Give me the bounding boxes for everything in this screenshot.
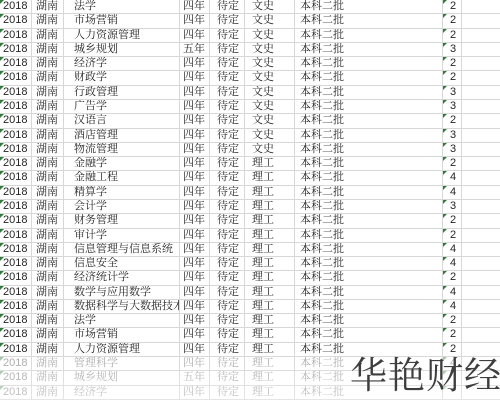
table-row: 2018 湖南 市场营销 四年 待定 理工 本科二批 2 bbox=[0, 328, 500, 342]
cell-category[interactable]: 理工 bbox=[245, 328, 295, 341]
cell-duration[interactable]: 四年 bbox=[180, 300, 210, 313]
cell-count[interactable]: 4 bbox=[443, 171, 462, 184]
cell-year[interactable]: 2018 bbox=[0, 257, 32, 270]
cell-count[interactable]: 3 bbox=[443, 43, 462, 56]
cell-duration[interactable]: 四年 bbox=[180, 229, 210, 242]
cell-count[interactable]: 2 bbox=[443, 214, 462, 227]
error-indicator-triangle-icon bbox=[0, 14, 4, 18]
cell-duration[interactable]: 四年 bbox=[180, 129, 210, 142]
cell-province[interactable]: 湖南 bbox=[32, 71, 64, 84]
cell-category[interactable]: 理工 bbox=[245, 214, 295, 227]
cell-major[interactable]: 财政学 bbox=[64, 71, 180, 84]
table-row: 2018 湖南 数据科学与大数据技术 四年 待定 理工 本科二批 4 bbox=[0, 300, 500, 314]
cell-category[interactable]: 文史 bbox=[245, 86, 295, 99]
error-indicator-triangle-icon bbox=[0, 271, 4, 275]
cell-filler[interactable] bbox=[462, 271, 500, 284]
cell-duration[interactable]: 四年 bbox=[180, 214, 210, 227]
cell-status[interactable]: 待定 bbox=[210, 43, 245, 56]
cell-category[interactable]: 文史 bbox=[245, 43, 295, 56]
table-row: 2018 湖南 物流管理 四年 待定 文史 本科二批 3 bbox=[0, 143, 500, 157]
cell-status[interactable]: 待定 bbox=[210, 14, 245, 27]
cell-major[interactable]: 财务管理 bbox=[64, 214, 180, 227]
cell-year[interactable]: 2018 bbox=[0, 229, 32, 242]
cell-filler[interactable] bbox=[462, 71, 500, 84]
error-indicator-triangle-icon bbox=[443, 200, 447, 204]
cell-duration[interactable]: 四年 bbox=[180, 314, 210, 327]
table-row: 2018 湖南 财政学 四年 待定 文史 本科二批 2 bbox=[0, 71, 500, 85]
cell-batch[interactable]: 本科二批 bbox=[295, 29, 443, 42]
error-indicator-triangle-icon bbox=[0, 71, 4, 75]
cell-year[interactable]: 2018 bbox=[0, 343, 32, 356]
cell-category[interactable]: 文史 bbox=[245, 57, 295, 70]
error-indicator-triangle-icon bbox=[443, 86, 447, 90]
cell-batch[interactable]: 本科二批 bbox=[295, 100, 443, 113]
cell-status[interactable]: 待定 bbox=[210, 271, 245, 284]
cell-status[interactable]: 待定 bbox=[210, 257, 245, 270]
cell-batch[interactable]: 本科二批 bbox=[295, 171, 443, 184]
cell-duration[interactable]: 四年 bbox=[180, 257, 210, 270]
cell-major[interactable]: 管理科学 bbox=[64, 357, 180, 370]
cell-status[interactable]: 待定 bbox=[210, 100, 245, 113]
table-row: 2018 湖南 信息管理与信息系统 四年 待定 理工 本科二批 4 bbox=[0, 243, 500, 257]
cell-category[interactable]: 理工 bbox=[245, 371, 295, 384]
cell-major[interactable]: 物流管理 bbox=[64, 143, 180, 156]
cell-batch[interactable]: 本科二批 bbox=[295, 114, 443, 127]
error-indicator-triangle-icon bbox=[443, 300, 447, 304]
error-indicator-triangle-icon bbox=[443, 14, 447, 18]
cell-duration[interactable]: 四年 bbox=[180, 86, 210, 99]
cell-duration[interactable]: 四年 bbox=[180, 286, 210, 299]
cell-status[interactable]: 待定 bbox=[210, 200, 245, 213]
cell-batch[interactable]: 本科二批 bbox=[295, 271, 443, 284]
error-indicator-triangle-icon bbox=[443, 114, 447, 118]
cell-status[interactable]: 待定 bbox=[210, 328, 245, 341]
cell-filler[interactable] bbox=[462, 214, 500, 227]
cell-filler[interactable] bbox=[462, 257, 500, 270]
cell-duration[interactable]: 四年 bbox=[180, 100, 210, 113]
cell-year[interactable]: 2018 bbox=[0, 71, 32, 84]
cell-filler[interactable] bbox=[462, 300, 500, 313]
cell-status[interactable]: 待定 bbox=[210, 243, 245, 256]
cell-category[interactable]: 文史 bbox=[245, 143, 295, 156]
cell-year[interactable]: 2018 bbox=[0, 0, 32, 13]
cell-filler[interactable] bbox=[462, 328, 500, 341]
error-indicator-triangle-icon bbox=[443, 0, 447, 4]
cell-status[interactable]: 待定 bbox=[210, 214, 245, 227]
error-indicator-triangle-icon bbox=[443, 328, 447, 332]
cell-status[interactable]: 待定 bbox=[210, 114, 245, 127]
cell-count[interactable]: 2 bbox=[443, 157, 462, 170]
error-indicator-triangle-icon bbox=[0, 143, 4, 147]
cell-status[interactable]: 待定 bbox=[210, 357, 245, 370]
cell-filler[interactable] bbox=[462, 243, 500, 256]
cell-count[interactable]: 3 bbox=[443, 100, 462, 113]
cell-category[interactable]: 理工 bbox=[245, 271, 295, 284]
error-indicator-triangle-icon bbox=[0, 300, 4, 304]
cell-year[interactable]: 2018 bbox=[0, 171, 32, 184]
cell-category[interactable]: 理工 bbox=[245, 171, 295, 184]
cell-year[interactable]: 2018 bbox=[0, 186, 32, 199]
cell-count[interactable]: 2 bbox=[443, 14, 462, 27]
cell-batch[interactable]: 本科二批 bbox=[295, 129, 443, 142]
cell-batch[interactable]: 本科二批 bbox=[295, 257, 443, 270]
cell-duration[interactable]: 四年 bbox=[180, 386, 210, 399]
cell-major[interactable]: 城乡规划 bbox=[64, 43, 180, 56]
cell-batch[interactable]: 本科二批 bbox=[295, 86, 443, 99]
cell-year[interactable]: 2018 bbox=[0, 14, 32, 27]
cell-filler[interactable] bbox=[462, 186, 500, 199]
cell-province[interactable]: 湖南 bbox=[32, 57, 64, 70]
cell-category[interactable]: 理工 bbox=[245, 286, 295, 299]
cell-duration[interactable]: 四年 bbox=[180, 357, 210, 370]
error-indicator-triangle-icon bbox=[443, 271, 447, 275]
error-indicator-triangle-icon bbox=[0, 0, 4, 4]
spreadsheet: 2018 湖南 法学 四年 待定 文史 本科二批 2 2018 湖南 市场营销 … bbox=[0, 0, 500, 400]
table-row: 2018 湖南 城乡规划 五年 待定 文史 本科二批 3 bbox=[0, 43, 500, 57]
table-row: 2018 湖南 数学与应用数学 四年 待定 理工 本科二批 4 bbox=[0, 286, 500, 300]
cell-batch[interactable]: 本科二批 bbox=[295, 328, 443, 341]
cell-province[interactable]: 湖南 bbox=[32, 43, 64, 56]
cell-category[interactable]: 理工 bbox=[245, 357, 295, 370]
cell-duration[interactable]: 四年 bbox=[180, 143, 210, 156]
cell-filler[interactable] bbox=[462, 14, 500, 27]
cell-duration[interactable]: 四年 bbox=[180, 171, 210, 184]
cell-major[interactable]: 人力资源管理 bbox=[64, 29, 180, 42]
cell-status[interactable]: 待定 bbox=[210, 343, 245, 356]
cell-count[interactable]: 2 bbox=[443, 271, 462, 284]
cell-status[interactable]: 待定 bbox=[210, 386, 245, 399]
cell-category[interactable]: 理工 bbox=[245, 386, 295, 399]
table-row: 2018 湖南 信息安全 四年 待定 理工 本科二批 4 bbox=[0, 257, 500, 271]
cell-duration[interactable]: 四年 bbox=[180, 57, 210, 70]
error-indicator-triangle-icon bbox=[443, 57, 447, 61]
error-indicator-triangle-icon bbox=[443, 43, 447, 47]
cell-major[interactable]: 数据科学与大数据技术 bbox=[64, 300, 180, 313]
cell-major[interactable]: 法学 bbox=[64, 314, 180, 327]
cell-province[interactable]: 湖南 bbox=[32, 386, 64, 399]
cell-batch[interactable]: 本科二批 bbox=[295, 300, 443, 313]
cell-status[interactable]: 待定 bbox=[210, 286, 245, 299]
cell-status[interactable]: 待定 bbox=[210, 171, 245, 184]
cell-province[interactable]: 湖南 bbox=[32, 143, 64, 156]
cell-count[interactable]: 3 bbox=[443, 129, 462, 142]
cell-major[interactable]: 广告学 bbox=[64, 100, 180, 113]
error-indicator-triangle-icon bbox=[0, 257, 4, 261]
cell-year[interactable]: 2018 bbox=[0, 314, 32, 327]
cell-batch[interactable]: 本科二批 bbox=[295, 43, 443, 56]
cell-filler[interactable] bbox=[462, 0, 500, 13]
cell-category[interactable]: 理工 bbox=[245, 229, 295, 242]
cell-year[interactable]: 2018 bbox=[0, 286, 32, 299]
error-indicator-triangle-icon bbox=[0, 229, 4, 233]
cell-major[interactable]: 精算学 bbox=[64, 186, 180, 199]
cell-filler[interactable] bbox=[462, 314, 500, 327]
cell-major[interactable]: 会计学 bbox=[64, 200, 180, 213]
error-indicator-triangle-icon bbox=[0, 157, 4, 161]
cell-major[interactable]: 人力资源管理 bbox=[64, 343, 180, 356]
cell-filler[interactable] bbox=[462, 143, 500, 156]
cell-major[interactable]: 汉语言 bbox=[64, 114, 180, 127]
cell-year[interactable]: 2018 bbox=[0, 157, 32, 170]
error-indicator-triangle-icon bbox=[0, 286, 4, 290]
cell-batch[interactable]: 本科二批 bbox=[295, 157, 443, 170]
cell-year[interactable]: 2018 bbox=[0, 328, 32, 341]
cell-major[interactable]: 经济统计学 bbox=[64, 271, 180, 284]
cell-duration[interactable]: 四年 bbox=[180, 29, 210, 42]
cell-batch[interactable]: 本科二批 bbox=[295, 71, 443, 84]
cell-status[interactable]: 待定 bbox=[210, 0, 245, 13]
cell-status[interactable]: 待定 bbox=[210, 71, 245, 84]
cell-filler[interactable] bbox=[462, 100, 500, 113]
cell-duration[interactable]: 四年 bbox=[180, 271, 210, 284]
error-indicator-triangle-icon bbox=[443, 229, 447, 233]
cell-major[interactable]: 经济学 bbox=[64, 386, 180, 399]
cell-status[interactable]: 待定 bbox=[210, 157, 245, 170]
cell-year[interactable]: 2018 bbox=[0, 143, 32, 156]
cell-filler[interactable] bbox=[462, 200, 500, 213]
cell-province[interactable]: 湖南 bbox=[32, 0, 64, 13]
cell-count[interactable]: 4 bbox=[443, 286, 462, 299]
cell-filler[interactable] bbox=[462, 114, 500, 127]
cell-major[interactable]: 行政管理 bbox=[64, 86, 180, 99]
error-indicator-triangle-icon bbox=[443, 29, 447, 33]
cell-province[interactable]: 湖南 bbox=[32, 286, 64, 299]
error-indicator-triangle-icon bbox=[0, 114, 4, 118]
error-indicator-triangle-icon bbox=[0, 129, 4, 133]
cell-category[interactable]: 理工 bbox=[245, 314, 295, 327]
cell-status[interactable]: 待定 bbox=[210, 314, 245, 327]
cell-category[interactable]: 文史 bbox=[245, 71, 295, 84]
cell-year[interactable]: 2018 bbox=[0, 29, 32, 42]
cell-major[interactable]: 金融工程 bbox=[64, 171, 180, 184]
cell-duration[interactable]: 四年 bbox=[180, 71, 210, 84]
error-indicator-triangle-icon bbox=[443, 71, 447, 75]
cell-filler[interactable] bbox=[462, 43, 500, 56]
cell-category[interactable]: 文史 bbox=[245, 0, 295, 13]
cell-category[interactable]: 文史 bbox=[245, 29, 295, 42]
cell-province[interactable]: 湖南 bbox=[32, 357, 64, 370]
cell-status[interactable]: 待定 bbox=[210, 143, 245, 156]
cell-filler[interactable] bbox=[462, 129, 500, 142]
cell-category[interactable]: 理工 bbox=[245, 257, 295, 270]
cell-duration[interactable]: 五年 bbox=[180, 371, 210, 384]
cell-province[interactable]: 湖南 bbox=[32, 300, 64, 313]
table-row: 2018 湖南 经济统计学 四年 待定 理工 本科二批 2 bbox=[0, 271, 500, 285]
cell-category[interactable]: 理工 bbox=[245, 200, 295, 213]
cell-year[interactable]: 2018 bbox=[0, 100, 32, 113]
error-indicator-triangle-icon bbox=[443, 314, 447, 318]
table-row: 2018 湖南 人力资源管理 四年 待定 文史 本科二批 2 bbox=[0, 29, 500, 43]
cell-count[interactable]: 2 bbox=[443, 71, 462, 84]
cell-province[interactable]: 湖南 bbox=[32, 214, 64, 227]
cell-major[interactable]: 审计学 bbox=[64, 229, 180, 242]
cell-filler[interactable] bbox=[462, 29, 500, 42]
error-indicator-triangle-icon bbox=[443, 157, 447, 161]
cell-category[interactable]: 文史 bbox=[245, 129, 295, 142]
cell-year[interactable]: 2018 bbox=[0, 271, 32, 284]
cell-province[interactable]: 湖南 bbox=[32, 171, 64, 184]
cell-count[interactable]: 4 bbox=[443, 243, 462, 256]
cell-count[interactable]: 4 bbox=[443, 186, 462, 199]
cell-duration[interactable]: 四年 bbox=[180, 343, 210, 356]
cell-category[interactable]: 理工 bbox=[245, 157, 295, 170]
error-indicator-triangle-icon bbox=[0, 357, 4, 361]
error-indicator-triangle-icon bbox=[0, 29, 4, 33]
error-indicator-triangle-icon bbox=[443, 286, 447, 290]
cell-filler[interactable] bbox=[462, 286, 500, 299]
cell-count[interactable]: 4 bbox=[443, 300, 462, 313]
cell-batch[interactable]: 本科二批 bbox=[295, 314, 443, 327]
cell-duration[interactable]: 五年 bbox=[180, 43, 210, 56]
error-indicator-triangle-icon bbox=[443, 100, 447, 104]
cell-batch[interactable]: 本科二批 bbox=[295, 214, 443, 227]
cell-year[interactable]: 2018 bbox=[0, 243, 32, 256]
cell-year[interactable]: 2018 bbox=[0, 214, 32, 227]
cell-province[interactable]: 湖南 bbox=[32, 157, 64, 170]
cell-batch[interactable]: 本科二批 bbox=[295, 0, 443, 13]
table-row: 2018 湖南 金融学 四年 待定 理工 本科二批 2 bbox=[0, 157, 500, 171]
cell-filler[interactable] bbox=[462, 157, 500, 170]
cell-count[interactable]: 3 bbox=[443, 86, 462, 99]
error-indicator-triangle-icon bbox=[0, 57, 4, 61]
cell-province[interactable]: 湖南 bbox=[32, 200, 64, 213]
cell-count[interactable]: 2 bbox=[443, 29, 462, 42]
cell-duration[interactable]: 四年 bbox=[180, 243, 210, 256]
cell-year[interactable]: 2018 bbox=[0, 114, 32, 127]
cell-count[interactable]: 2 bbox=[443, 328, 462, 341]
error-indicator-triangle-icon bbox=[0, 200, 4, 204]
cell-count[interactable]: 2 bbox=[443, 114, 462, 127]
cell-duration[interactable]: 四年 bbox=[180, 186, 210, 199]
cell-status[interactable]: 待定 bbox=[210, 86, 245, 99]
cell-major[interactable]: 市场营销 bbox=[64, 14, 180, 27]
cell-province[interactable]: 湖南 bbox=[32, 14, 64, 27]
cell-filler[interactable] bbox=[462, 57, 500, 70]
cell-category[interactable]: 理工 bbox=[245, 300, 295, 313]
cell-province[interactable]: 湖南 bbox=[32, 328, 64, 341]
cell-status[interactable]: 待定 bbox=[210, 29, 245, 42]
cell-filler[interactable] bbox=[462, 86, 500, 99]
error-indicator-triangle-icon bbox=[443, 257, 447, 261]
cell-year[interactable]: 2018 bbox=[0, 300, 32, 313]
cell-province[interactable]: 湖南 bbox=[32, 371, 64, 384]
cell-count[interactable]: 3 bbox=[443, 143, 462, 156]
error-indicator-triangle-icon bbox=[0, 100, 4, 104]
table-row: 2018 湖南 金融工程 四年 待定 理工 本科二批 4 bbox=[0, 171, 500, 185]
cell-major[interactable]: 金融学 bbox=[64, 157, 180, 170]
cell-category[interactable]: 文史 bbox=[245, 100, 295, 113]
cell-province[interactable]: 湖南 bbox=[32, 86, 64, 99]
table-row: 2018 湖南 财务管理 四年 待定 理工 本科二批 2 bbox=[0, 214, 500, 228]
cell-year[interactable]: 2018 bbox=[0, 386, 32, 399]
table-row: 2018 湖南 法学 四年 待定 理工 本科二批 2 bbox=[0, 314, 500, 328]
table-body: 2018 湖南 法学 四年 待定 文史 本科二批 2 2018 湖南 市场营销 … bbox=[0, 0, 500, 400]
cell-province[interactable]: 湖南 bbox=[32, 29, 64, 42]
cell-duration[interactable]: 四年 bbox=[180, 0, 210, 13]
cell-count[interactable]: 2 bbox=[443, 57, 462, 70]
cell-batch[interactable]: 本科二批 bbox=[295, 229, 443, 242]
error-indicator-triangle-icon bbox=[443, 243, 447, 247]
cell-year[interactable]: 2018 bbox=[0, 129, 32, 142]
cell-batch[interactable]: 本科二批 bbox=[295, 143, 443, 156]
cell-batch[interactable]: 本科二批 bbox=[295, 243, 443, 256]
cell-count[interactable]: 3 bbox=[443, 200, 462, 213]
error-indicator-triangle-icon bbox=[0, 186, 4, 190]
cell-major[interactable]: 信息安全 bbox=[64, 257, 180, 270]
cell-batch[interactable]: 本科二批 bbox=[295, 57, 443, 70]
cell-count[interactable]: 4 bbox=[443, 257, 462, 270]
cell-province[interactable]: 湖南 bbox=[32, 129, 64, 142]
cell-province[interactable]: 湖南 bbox=[32, 257, 64, 270]
cell-status[interactable]: 待定 bbox=[210, 186, 245, 199]
cell-major[interactable]: 数学与应用数学 bbox=[64, 286, 180, 299]
cell-major[interactable]: 市场营销 bbox=[64, 328, 180, 341]
cell-filler[interactable] bbox=[462, 229, 500, 242]
cell-status[interactable]: 待定 bbox=[210, 129, 245, 142]
cell-duration[interactable]: 四年 bbox=[180, 114, 210, 127]
cell-category[interactable]: 理工 bbox=[245, 243, 295, 256]
cell-status[interactable]: 待定 bbox=[210, 300, 245, 313]
cell-count[interactable]: 2 bbox=[443, 0, 462, 13]
cell-year[interactable]: 2018 bbox=[0, 43, 32, 56]
cell-batch[interactable]: 本科二批 bbox=[295, 14, 443, 27]
cell-year[interactable]: 2018 bbox=[0, 200, 32, 213]
cell-province[interactable]: 湖南 bbox=[32, 186, 64, 199]
cell-province[interactable]: 湖南 bbox=[32, 271, 64, 284]
cell-duration[interactable]: 四年 bbox=[180, 200, 210, 213]
table-row: 2018 湖南 酒店管理 四年 待定 文史 本科二批 3 bbox=[0, 129, 500, 143]
cell-year[interactable]: 2018 bbox=[0, 57, 32, 70]
cell-major[interactable]: 经济学 bbox=[64, 57, 180, 70]
cell-year[interactable]: 2018 bbox=[0, 357, 32, 370]
cell-major[interactable]: 城乡规划 bbox=[64, 371, 180, 384]
cell-category[interactable]: 理工 bbox=[245, 343, 295, 356]
cell-status[interactable]: 待定 bbox=[210, 229, 245, 242]
error-indicator-triangle-icon bbox=[0, 43, 4, 47]
cell-province[interactable]: 湖南 bbox=[32, 343, 64, 356]
cell-major[interactable]: 酒店管理 bbox=[64, 129, 180, 142]
cell-category[interactable]: 文史 bbox=[245, 14, 295, 27]
cell-count[interactable]: 2 bbox=[443, 229, 462, 242]
cell-filler[interactable] bbox=[462, 171, 500, 184]
error-indicator-triangle-icon bbox=[0, 328, 4, 332]
cell-status[interactable]: 待定 bbox=[210, 371, 245, 384]
cell-count[interactable]: 2 bbox=[443, 314, 462, 327]
cell-year[interactable]: 2018 bbox=[0, 86, 32, 99]
cell-province[interactable]: 湖南 bbox=[32, 114, 64, 127]
table-row: 2018 湖南 汉语言 四年 待定 文史 本科二批 2 bbox=[0, 114, 500, 128]
cell-duration[interactable]: 四年 bbox=[180, 328, 210, 341]
error-indicator-triangle-icon bbox=[443, 186, 447, 190]
cell-batch[interactable]: 本科二批 bbox=[295, 286, 443, 299]
error-indicator-triangle-icon bbox=[0, 371, 4, 375]
cell-duration[interactable]: 四年 bbox=[180, 157, 210, 170]
cell-category[interactable]: 理工 bbox=[245, 186, 295, 199]
cell-category[interactable]: 文史 bbox=[245, 114, 295, 127]
cell-status[interactable]: 待定 bbox=[210, 57, 245, 70]
error-indicator-triangle-icon bbox=[0, 86, 4, 90]
cell-province[interactable]: 湖南 bbox=[32, 314, 64, 327]
cell-duration[interactable]: 四年 bbox=[180, 14, 210, 27]
cell-batch[interactable]: 本科二批 bbox=[295, 200, 443, 213]
cell-batch[interactable]: 本科二批 bbox=[295, 186, 443, 199]
cell-province[interactable]: 湖南 bbox=[32, 229, 64, 242]
cell-province[interactable]: 湖南 bbox=[32, 243, 64, 256]
cell-major[interactable]: 法学 bbox=[64, 0, 180, 13]
cell-major[interactable]: 信息管理与信息系统 bbox=[64, 243, 180, 256]
cell-province[interactable]: 湖南 bbox=[32, 100, 64, 113]
cell-year[interactable]: 2018 bbox=[0, 371, 32, 384]
